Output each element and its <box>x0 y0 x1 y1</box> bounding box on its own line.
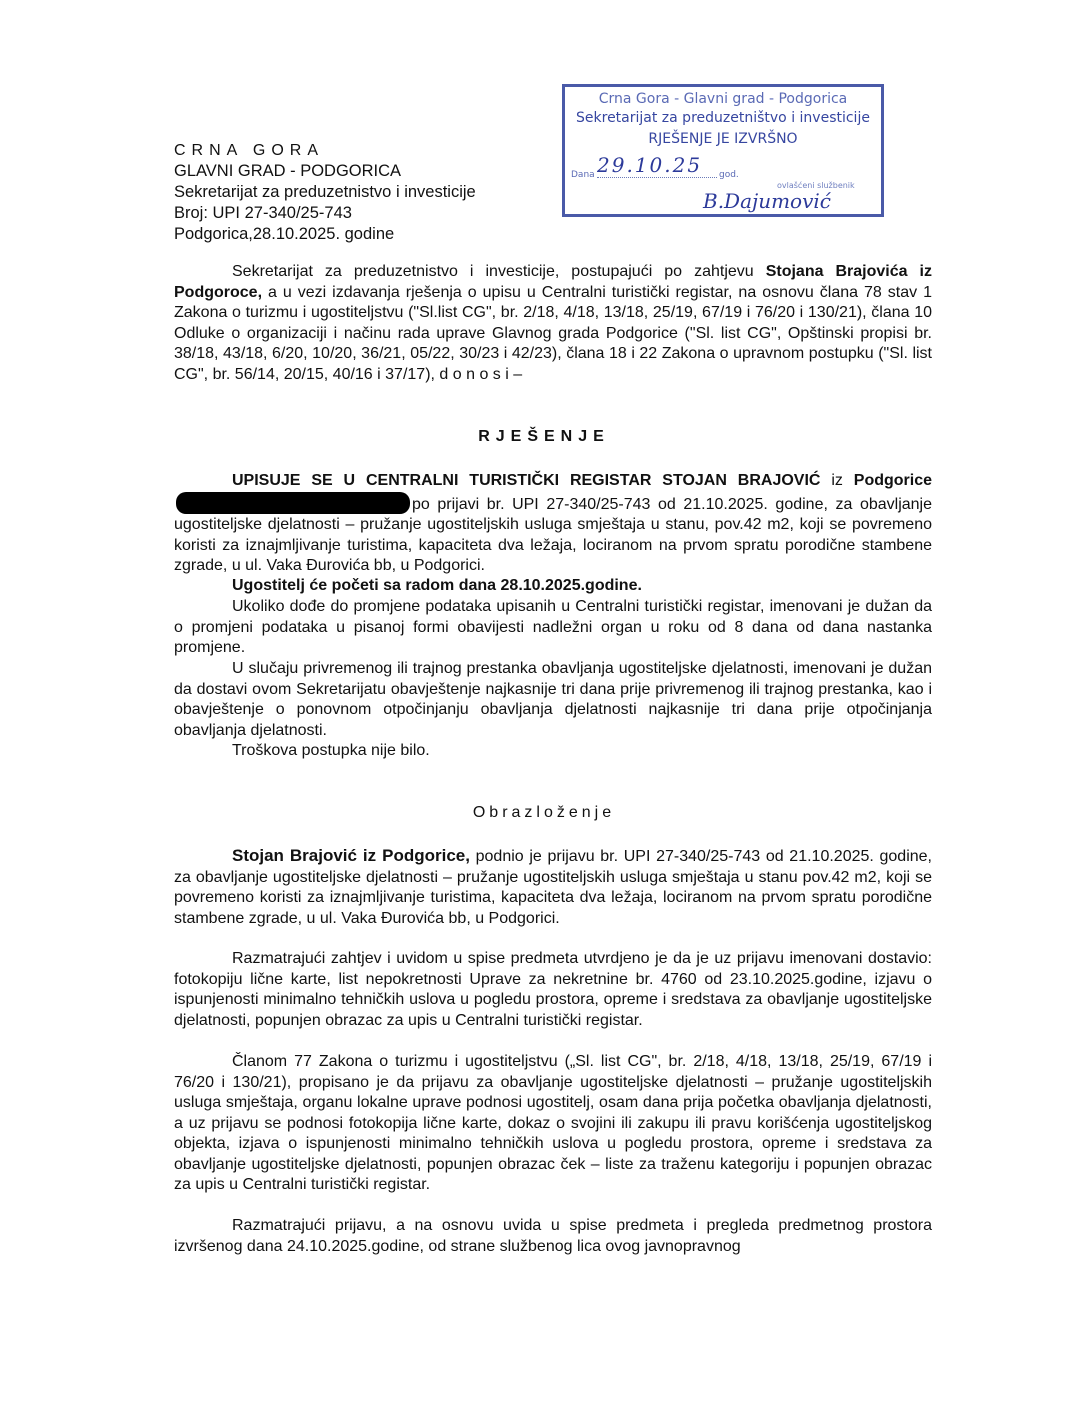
intro-donosi: d o n o s i – <box>439 366 522 383</box>
intro-text-2: a u vezi izdavanja rješenja o upisu u Ce… <box>174 284 932 383</box>
decision-iz: iz <box>820 472 853 489</box>
signature: B.Dajumović <box>703 189 831 213</box>
reasoning-paragraph-3: Članom 77 Zakona o turizmu i ugostiteljs… <box>174 1052 932 1196</box>
reasoning-paragraph-2: Razmatrajući zahtjev i uvidom u spise pr… <box>174 949 932 1031</box>
reasoning-paragraph-1: Stojan Brajović iz Podgorice, podnio je … <box>174 846 932 929</box>
decision-paragraph: UPISUJE SE U CENTRALNI TURISTIČKI REGIST… <box>174 471 932 577</box>
stamp-handwritten-date: 29.10.25 <box>597 153 717 178</box>
stamp-line-1: Crna Gora - Glavni grad - Podgorica <box>565 91 881 107</box>
decision-title: RJEŠENJE <box>0 428 1088 446</box>
decision-city: Podgorice <box>854 472 932 489</box>
stamp-line-3: RJEŠENJE JE IZVRŠNO <box>565 131 881 147</box>
redacted-block <box>176 492 410 514</box>
intro-paragraph: Sekretarijat za preduzetnistvo i investi… <box>174 262 932 385</box>
stamp-dana-label: Dana <box>571 170 595 180</box>
reasoning-paragraph-4: Razmatrajući prijavu, a na osnovu uvida … <box>174 1216 932 1257</box>
reasoning-title: Obrazloženje <box>0 804 1088 822</box>
intro-text-1: Sekretarijat za preduzetnistvo i investi… <box>232 263 766 280</box>
department-name: Sekretarijat za preduzetnistvo i investi… <box>174 182 476 203</box>
city-name: GLAVNI GRAD - PODGORICA <box>174 161 476 182</box>
reasoning-applicant: Stojan Brajović iz Podgorice, <box>232 846 470 865</box>
case-number: Broj: UPI 27-340/25-743 <box>174 203 476 224</box>
executive-stamp: Crna Gora - Glavni grad - Podgorica Sekr… <box>562 84 884 217</box>
stamp-line-2: Sekretarijat za preduzetništvo i investi… <box>565 110 881 126</box>
stamp-god-label: god. <box>719 170 739 180</box>
suspension-paragraph: U slučaju privremenog ili trajnog presta… <box>174 659 932 741</box>
start-date-line: Ugostitelj će početi sa radom dana 28.10… <box>174 576 932 597</box>
country-name: CRNA GORA <box>174 140 476 161</box>
changes-paragraph: Ukoliko dođe do promjene podataka upisan… <box>174 597 932 659</box>
document-header: CRNA GORA GLAVNI GRAD - PODGORICA Sekret… <box>174 140 476 245</box>
decision-lead: UPISUJE SE U CENTRALNI TURISTIČKI REGIST… <box>232 472 820 489</box>
document-page: CRNA GORA GLAVNI GRAD - PODGORICA Sekret… <box>0 0 1088 1408</box>
place-date: Podgorica,28.10.2025. godine <box>174 224 476 245</box>
costs-line: Troškova postupka nije bilo. <box>174 741 932 762</box>
